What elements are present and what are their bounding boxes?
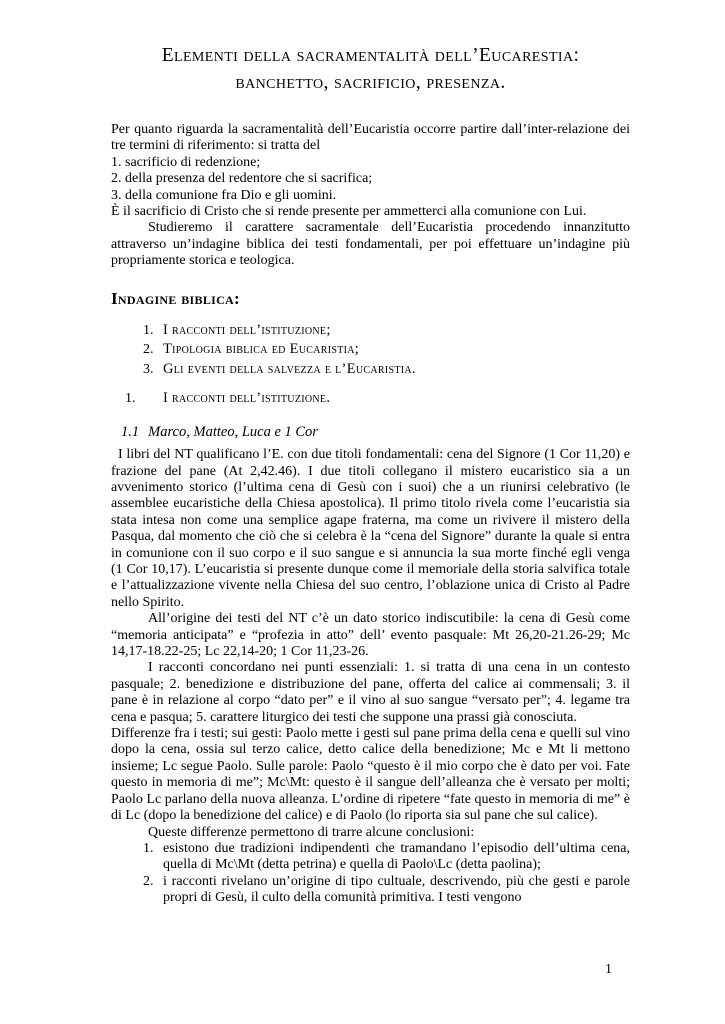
subsection-subheading: 1.1 Marco, Matteo, Luca e 1 Cor: [121, 424, 630, 441]
biblical-outline: 1. I racconti dell’istituzione; 2. Tipol…: [111, 321, 630, 380]
outline-item-1: 1. I racconti dell’istituzione;: [111, 321, 630, 341]
conclusion-item-number: 2.: [143, 874, 163, 907]
intro-paragraph: Per quanto riguarda la sacramentalità de…: [111, 122, 630, 155]
term-item-1: 1. sacrificio di redenzione;: [111, 155, 630, 171]
outline-item-label: Gli eventi della salvezza e l’Eucaristia…: [163, 360, 416, 380]
paragraph-common-points: I racconti concordano nei punti essenzia…: [111, 660, 630, 726]
subsection-number: 1.: [125, 389, 163, 409]
conclusions-list: 1. esistono due tradizioni indipendenti …: [111, 841, 630, 907]
document-title: Elementi della sacramentalità dell’Eucar…: [111, 42, 630, 96]
outline-item-label: Tipologia biblica ed Eucaristia;: [163, 340, 359, 360]
conclusion-item-2: 2. i racconti rivelano un’origine di tip…: [111, 874, 630, 907]
intro-conclusion: È il sacrificio di Cristo che si rende p…: [111, 204, 630, 220]
subheading-number: 1.1: [121, 424, 139, 441]
conclusion-item-text: esistono due tradizioni indipendenti che…: [163, 841, 630, 874]
term-item-2: 2. della presenza del redentore che si s…: [111, 171, 630, 187]
document-page: Elementi della sacramentalità dell’Eucar…: [0, 0, 725, 1024]
section-heading: Indagine biblica:: [111, 289, 630, 309]
conclusion-item-text: i racconti rivelano un’origine di tipo c…: [163, 874, 630, 907]
term-list: 1. sacrificio di redenzione; 2. della pr…: [111, 155, 630, 204]
paragraph-differences: Differenze fra i testi; sui gesti: Paolo…: [111, 726, 630, 824]
paragraph-nt-titles: I libri del NT qualificano l’E. con due …: [111, 447, 630, 611]
conclusion-item-number: 1.: [143, 841, 163, 874]
conclusion-item-1: 1. esistono due tradizioni indipendenti …: [111, 841, 630, 874]
outline-item-number: 3.: [143, 360, 163, 380]
title-line-2: banchetto, sacrificio, presenza.: [111, 69, 630, 96]
outline-item-number: 2.: [143, 340, 163, 360]
term-item-3: 3. della comunione fra Dio e gli uomini.: [111, 188, 630, 204]
study-paragraph: Studieremo il carattere sacramentale del…: [111, 220, 630, 269]
page-number: 1: [605, 962, 612, 978]
subsection-heading: 1. I racconti dell’istituzione.: [111, 389, 630, 409]
subsection-label: I racconti dell’istituzione.: [163, 389, 330, 409]
outline-item-number: 1.: [143, 321, 163, 341]
title-line-1: Elementi della sacramentalità dell’Eucar…: [111, 42, 630, 69]
subheading-label: Marco, Matteo, Luca e 1 Cor: [148, 424, 318, 441]
outline-item-3: 3. Gli eventi della salvezza e l’Eucaris…: [111, 360, 630, 380]
paragraph-origin: All’origine dei testi del NT c’è un dato…: [111, 611, 630, 660]
paragraph-conclusions-intro: Queste differenze permettono di trarre a…: [111, 825, 630, 841]
outline-item-label: I racconti dell’istituzione;: [163, 321, 331, 341]
outline-item-2: 2. Tipologia biblica ed Eucaristia;: [111, 340, 630, 360]
